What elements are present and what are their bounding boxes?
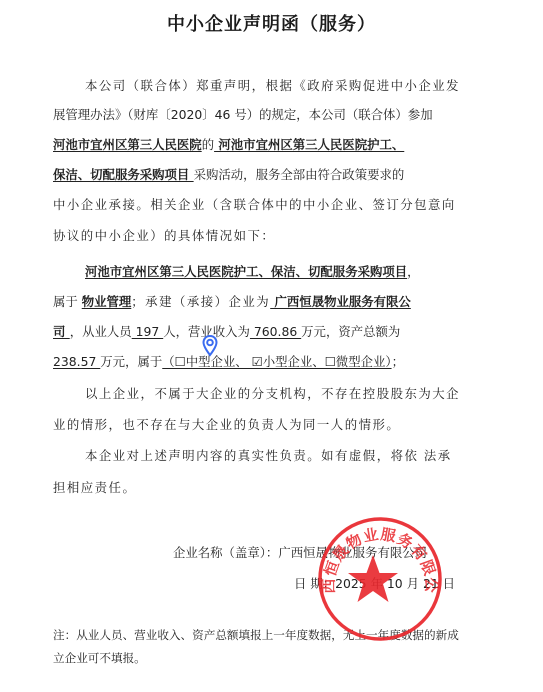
project-name-part2: 保洁、切配服务采购项目 <box>53 167 194 182</box>
enterprise-size-options: （☐中型企业、 ☑小型企业、☐微型企业） <box>162 354 391 369</box>
company-name: 广西恒晟物业服务有限公司 <box>278 545 427 560</box>
para2-line1: 以上企业，不属于大企业的分支机构，不存在控股股东为大企 <box>85 385 460 403</box>
para1-line6: 协议的中小企业）的具体情况如下： <box>53 227 275 245</box>
location-pin-icon[interactable] <box>202 335 218 357</box>
details-line4: 238.57 万元，属于（☐中型企业、 ☑小型企业、☐微型企业）； <box>53 353 404 371</box>
project-name-part1: 河池市宜州区第三人民医院护工、 <box>214 137 404 152</box>
employees-label: ，从业人员 <box>70 324 132 339</box>
industry-value: 物业管理 <box>82 294 132 309</box>
details-line3: 司 ，从业人员 197 人，营业收入为 760.86 万元，资产总额为 <box>53 323 400 341</box>
details-line1: 河池市宜州区第三人民医院护工、保洁、切配服务采购项目， <box>85 263 420 281</box>
employees-value: 197 <box>132 324 164 339</box>
revenue-value: 760.86 <box>250 324 301 339</box>
buyer-name: 河池市宜州区第三人民医院 <box>53 137 202 152</box>
of-text: 的 <box>202 137 214 152</box>
company-label: 企业名称（盖章）： <box>173 545 278 560</box>
detail-project-name: 河池市宜州区第三人民医院护工、保洁、切配服务采购项目 <box>85 264 407 279</box>
assets-label: 万元，资产总额为 <box>301 324 400 339</box>
footnote-line2: 立企业可不填报。 <box>53 649 146 667</box>
detail-project-suffix: ， <box>407 264 419 279</box>
details-line2: 属于 物业管理；承建（承接）企业为 广西恒晟物业服务有限公 <box>53 293 411 311</box>
para1-line2: 展管理办法》（财库〔2020〕46 号）的规定，本公司（联合体）参加 <box>53 106 433 124</box>
para1-line1: 本公司（联合体）郑重声明，根据《政府采购促进中小企业发 <box>85 77 460 95</box>
belongs-label: 属于 <box>53 294 82 309</box>
procurement-text: 采购活动，服务全部由符合政策要求的 <box>194 167 405 182</box>
para1-line3: 河池市宜州区第三人民医院的 河池市宜州区第三人民医院护工、 <box>53 136 404 154</box>
assets-value: 238.57 <box>53 354 100 369</box>
size-suffix: ； <box>392 354 404 369</box>
date-value: 2025 年 10 月 21 日 <box>335 576 455 591</box>
para3-line1: 本企业对上述声明内容的真实性负责。如有虚假，将依 法承 <box>85 447 452 465</box>
date-line: 日 期：2025 年 10 月 21 日 <box>294 575 455 593</box>
company-signature-line: 企业名称（盖章）：广西恒晟物业服务有限公司 <box>173 544 427 562</box>
para2-line2: 业的情形，也不存在与大企业的负责人为同一人的情形。 <box>53 416 400 434</box>
document-title: 中小企业声明函（服务） <box>0 10 543 36</box>
contractor-label: ；承建（承接）企业为 <box>131 294 270 309</box>
date-label: 日 期： <box>294 576 335 591</box>
para1-line4: 保洁、切配服务采购项目 采购活动，服务全部由符合政策要求的 <box>53 166 404 184</box>
para1-line5: 中小企业承接。相关企业（含联合体中的中小企业、签订分包意向 <box>53 196 456 214</box>
footnote-line1: 注：从业人员、营业收入、资产总额填报上一年度数据，无上一年度数据的新成 <box>53 626 459 644</box>
contractor-name-part2: 司 <box>53 324 70 339</box>
contractor-name-part1: 广西恒晟物业服务有限公 <box>270 294 411 309</box>
declaration-page: 中小企业声明函（服务） 本公司（联合体）郑重声明，根据《政府采购促进中小企业发 … <box>0 0 543 692</box>
para3-line2: 担相应责任。 <box>53 479 136 497</box>
assets-unit: 万元，属于 <box>100 354 162 369</box>
